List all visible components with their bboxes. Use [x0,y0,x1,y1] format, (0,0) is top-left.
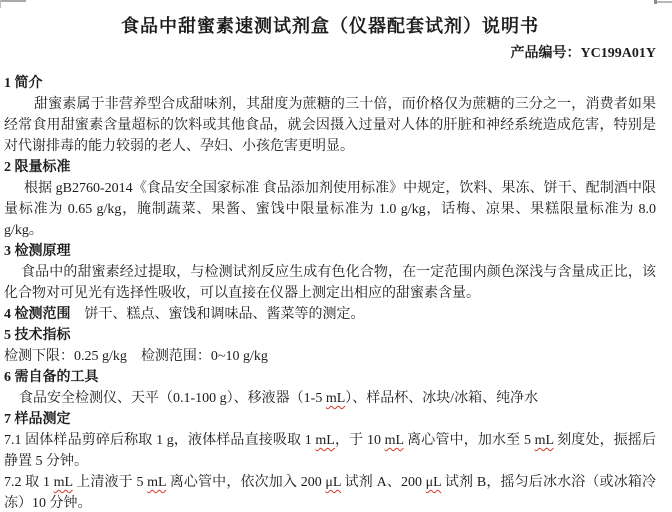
document-body: 1 简介 甜蜜素属于非营养型合成甜味剂，其甜度为蔗糖的三十倍，而价格仅为蔗糖的三… [4,73,656,512]
tools-line: 食品安全检测仪、天平（0.1-100 g）、移液器（1-5 mL）、样品杯、冰块… [4,388,656,409]
section-heading-principle: 3 检测原理 [4,241,656,262]
heading-text-run: 6 需自备的工具 [4,370,99,385]
text-run: 甜蜜素属于非营养型合成甜味剂，其甜度为蔗糖的三十倍，而价格仅为蔗糖的三分之一，消… [4,97,656,154]
product-code-label: 产品编号： [511,46,581,61]
section-heading-procedure: 7 样品测定 [4,409,656,430]
page-corner-mark-top-right-dot [654,0,657,4]
principle-paragraph: 食品中的甜蜜素经过提取，与检测试剂反应生成有色化合物，在一定范围内颜色深浅与含量… [4,262,656,304]
misspelled-unit-run: mL [385,433,404,448]
text-run: 检测下限：0.25 g/kg 检测范围：0~10 g/kg [4,349,268,364]
text-run: 上清液于 5 [73,475,148,490]
misspelled-unit-run: μL [325,475,341,490]
heading-text-run: 2 限量标准 [4,160,71,175]
document-title: 食品中甜蜜素速测试剂盒（仪器配套试剂）说明书 [4,14,656,38]
misspelled-unit-run: mL [147,475,166,490]
heading-text-run: 7 样品测定 [4,412,71,427]
text-run: 饼干、糕点、蜜饯和调味品、酱菜等的测定。 [71,307,365,322]
procedure-step-7-2: 7.2 取 1 mL 上清液于 5 mL 离心管中，依次加入 200 μL 试剂… [4,472,656,512]
page-corner-mark-top-left-vertical [0,0,1,8]
misspelled-unit-run: mL [315,433,334,448]
text-run: 根据 gB2760-2014《食品安全国家标准 食品添加剂使用标准》中规定，饮料… [4,181,656,238]
specs-line: 检测下限：0.25 g/kg 检测范围：0~10 g/kg [4,346,656,367]
misspelled-unit-run: mL [54,475,73,490]
text-run: ，于 10 [335,433,385,448]
section-heading-limits: 2 限量标准 [4,157,656,178]
text-run: 离心管中，依次加入 200 [166,475,325,490]
text-run: 食品中的甜蜜素经过提取，与检测试剂反应生成有色化合物，在一定范围内颜色深浅与含量… [4,265,656,301]
document-page: 食品中甜蜜素速测试剂盒（仪器配套试剂）说明书 产品编号：YC199A01Y 1 … [0,0,672,512]
text-run: 食品安全检测仪、天平（0.1-100 g）、移液器（1-5 [19,391,326,406]
text-run: 离心管中，加水至 5 [404,433,535,448]
text-run: 试剂 A、200 [341,475,426,490]
scope-line: 4 检测范围 饼干、糕点、蜜饯和调味品、酱菜等的测定。 [4,304,656,325]
heading-text-run: 3 检测原理 [4,244,71,259]
heading-text-run: 4 检测范围 [4,307,71,322]
misspelled-unit-run: mL [535,433,554,448]
document-content: 食品中甜蜜素速测试剂盒（仪器配套试剂）说明书 产品编号：YC199A01Y 1 … [0,14,672,512]
page-corner-mark-top-left [0,0,26,2]
intro-paragraph: 甜蜜素属于非营养型合成甜味剂，其甜度为蔗糖的三十倍，而价格仅为蔗糖的三分之一，消… [4,94,656,157]
product-code-value: YC199A01Y [581,46,656,61]
procedure-step-7-1: 7.1 固体样品剪碎后称取 1 g，液体样品直接吸取 1 mL，于 10 mL … [4,430,656,472]
limits-paragraph: 根据 gB2760-2014《食品安全国家标准 食品添加剂使用标准》中规定，饮料… [4,178,656,241]
text-run: 7.2 取 1 [4,475,54,490]
section-heading-intro: 1 简介 [4,73,656,94]
section-heading-tools: 6 需自备的工具 [4,367,656,388]
misspelled-unit-run: μL [426,475,442,490]
product-code-line: 产品编号：YC199A01Y [4,43,656,64]
heading-text-run: 1 简介 [4,76,43,91]
section-heading-specs: 5 技术指标 [4,325,656,346]
heading-text-run: 5 技术指标 [4,328,71,343]
misspelled-unit-run: mL [326,391,345,406]
text-run: 7.1 固体样品剪碎后称取 1 g，液体样品直接吸取 1 [4,433,315,448]
page-corner-mark-top-right [656,1,672,3]
text-run: ）、样品杯、冰块/冰箱、纯净水 [345,391,538,406]
